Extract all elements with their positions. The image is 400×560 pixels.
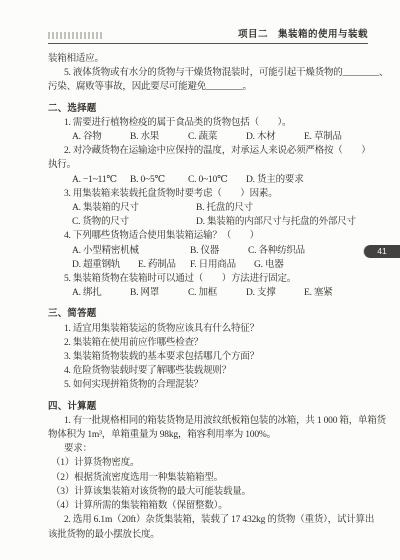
text-line: 1. 有一批规格相同的箱装货物是用波纹纸板箱包装的冰箱，共 1 000 箱，单箱… (48, 414, 368, 428)
option-item: G. 电器 (254, 258, 284, 272)
option-item: B. 托盘的尺寸 (196, 201, 253, 215)
option-row: A. 谷物B. 水果C. 蔬菜D. 木材E. 草制品 (48, 130, 368, 144)
text-line: 3. 集装箱货物装载的基本要求包括哪几个方面？ (48, 350, 368, 364)
option-item: B. 仪器 (190, 244, 248, 258)
text-line: 执行。 (48, 158, 368, 172)
option-item: B. 网罩 (130, 286, 188, 300)
page-number: 41 (377, 246, 386, 256)
text-line: （2）根据货流密度选用一种集装箱箱型。 (48, 471, 368, 485)
section-heading: 三、简答题 (48, 307, 368, 321)
text-line: （1）计算货物密度。 (48, 456, 368, 470)
section-heading: 二、选择题 (48, 102, 368, 116)
header-barcode (48, 32, 104, 39)
option-item: C. 加框 (188, 286, 246, 300)
text-line: 4. 危险货物装载时要了解哪些装载规则？ (48, 364, 368, 378)
option-item: D. 支撑 (246, 286, 304, 300)
page-number-tab: 41 (364, 245, 400, 258)
option-row: A. 集装箱的尺寸B. 托盘的尺寸 (48, 201, 368, 215)
text-line: （3）计算该集装箱对该货物的最大可能装载量。 (48, 485, 368, 499)
text-line: 4. 下列哪些货物适合使用集装箱运输？（ ） (48, 229, 368, 243)
text-line: 2. 集装箱在使用前应作哪些检查？ (48, 336, 368, 350)
option-item: C. 货物的尺寸 (72, 215, 196, 229)
option-item: E. 塞紧 (304, 286, 362, 300)
text-line: 5. 如何实现拼箱货物的合理混装？ (48, 378, 368, 392)
text-line: 2. 选用 6.1m（20ft）杂货集装箱，装载了 17 432kg 的货物（重… (48, 513, 368, 527)
text-line: 5. 集装箱货物在装箱时可以通过（ ）方法进行固定。 (48, 272, 368, 286)
option-item: C. 蔬菜 (188, 130, 246, 144)
option-row: D. 超重钢轨E. 药制品F. 日用商品G. 电器 (48, 258, 368, 272)
text-line: 装箱相适应。 (48, 52, 368, 66)
option-row: A. 绑扎B. 网罩C. 加框D. 支撑E. 塞紧 (48, 286, 368, 300)
option-item: E. 药制品 (138, 258, 190, 272)
option-row: C. 货物的尺寸D. 集装箱的内部尺寸与托盘的外部尺寸 (48, 215, 368, 229)
option-item: C. 0~10℃ (188, 173, 246, 187)
option-item: A. 小型精密机械 (72, 244, 190, 258)
option-item: F. 日用商品 (190, 258, 254, 272)
option-item: B. 水果 (130, 130, 188, 144)
document-page: 项目二 集装箱的使用与装载 装箱相适应。5. 液体货物或有水分的货物与干燥货物混… (0, 0, 400, 560)
text-line: 要求： (48, 442, 368, 456)
text-line: 该批货物的最小摆放长度。 (48, 528, 368, 542)
page-content: 装箱相适应。5. 液体货物或有水分的货物与干燥货物混装时，可能引起干燥货物的__… (48, 52, 368, 542)
text-line: （4）计算所需的集装箱箱数（保留整数）。 (48, 499, 368, 513)
option-item: D. 木材 (246, 130, 304, 144)
option-row: A. 小型精密机械B. 仪器C. 各种纺织品 (48, 244, 368, 258)
option-item: A. −1~11℃ (72, 173, 130, 187)
option-item: B. 0~5℃ (130, 173, 188, 187)
option-row: A. −1~11℃B. 0~5℃C. 0~10℃D. 货主的要求 (48, 173, 368, 187)
text-line: 2. 对冷藏货物在运输途中应保持的温度，对承运人来说必须严格按（ ） (48, 144, 368, 158)
text-line: 物体积为 1m³，单箱重量为 98kg，箱容利用率为 100%。 (48, 428, 368, 442)
option-item: C. 各种纺织品 (248, 244, 305, 258)
option-item: E. 草制品 (304, 130, 362, 144)
text-line: 3. 用集装箱来装载托盘货物时要考虑（ ）因素。 (48, 187, 368, 201)
option-item: A. 集装箱的尺寸 (72, 201, 196, 215)
option-item: A. 谷物 (72, 130, 130, 144)
text-line: 1. 适宜用集装箱装运的货物应该具有什么特征？ (48, 322, 368, 336)
option-item: A. 绑扎 (72, 286, 130, 300)
text-line: 5. 液体货物或有水分的货物与干燥货物混装时，可能引起干燥货物的________… (48, 66, 368, 80)
section-heading: 四、计算题 (48, 400, 368, 414)
text-line: 污染、腐败等事故，因此要尽可能避免________。 (48, 80, 368, 94)
option-item: D. 集装箱的内部尺寸与托盘的外部尺寸 (196, 215, 356, 229)
text-line: 1. 需要进行植物检疫的属于食品类的货物包括（ ）。 (48, 116, 368, 130)
chapter-title: 项目二 集装箱的使用与装载 (238, 26, 368, 40)
page-header: 项目二 集装箱的使用与装载 (48, 26, 368, 44)
option-item: D. 超重钢轨 (72, 258, 138, 272)
option-item: D. 货主的要求 (246, 173, 304, 187)
